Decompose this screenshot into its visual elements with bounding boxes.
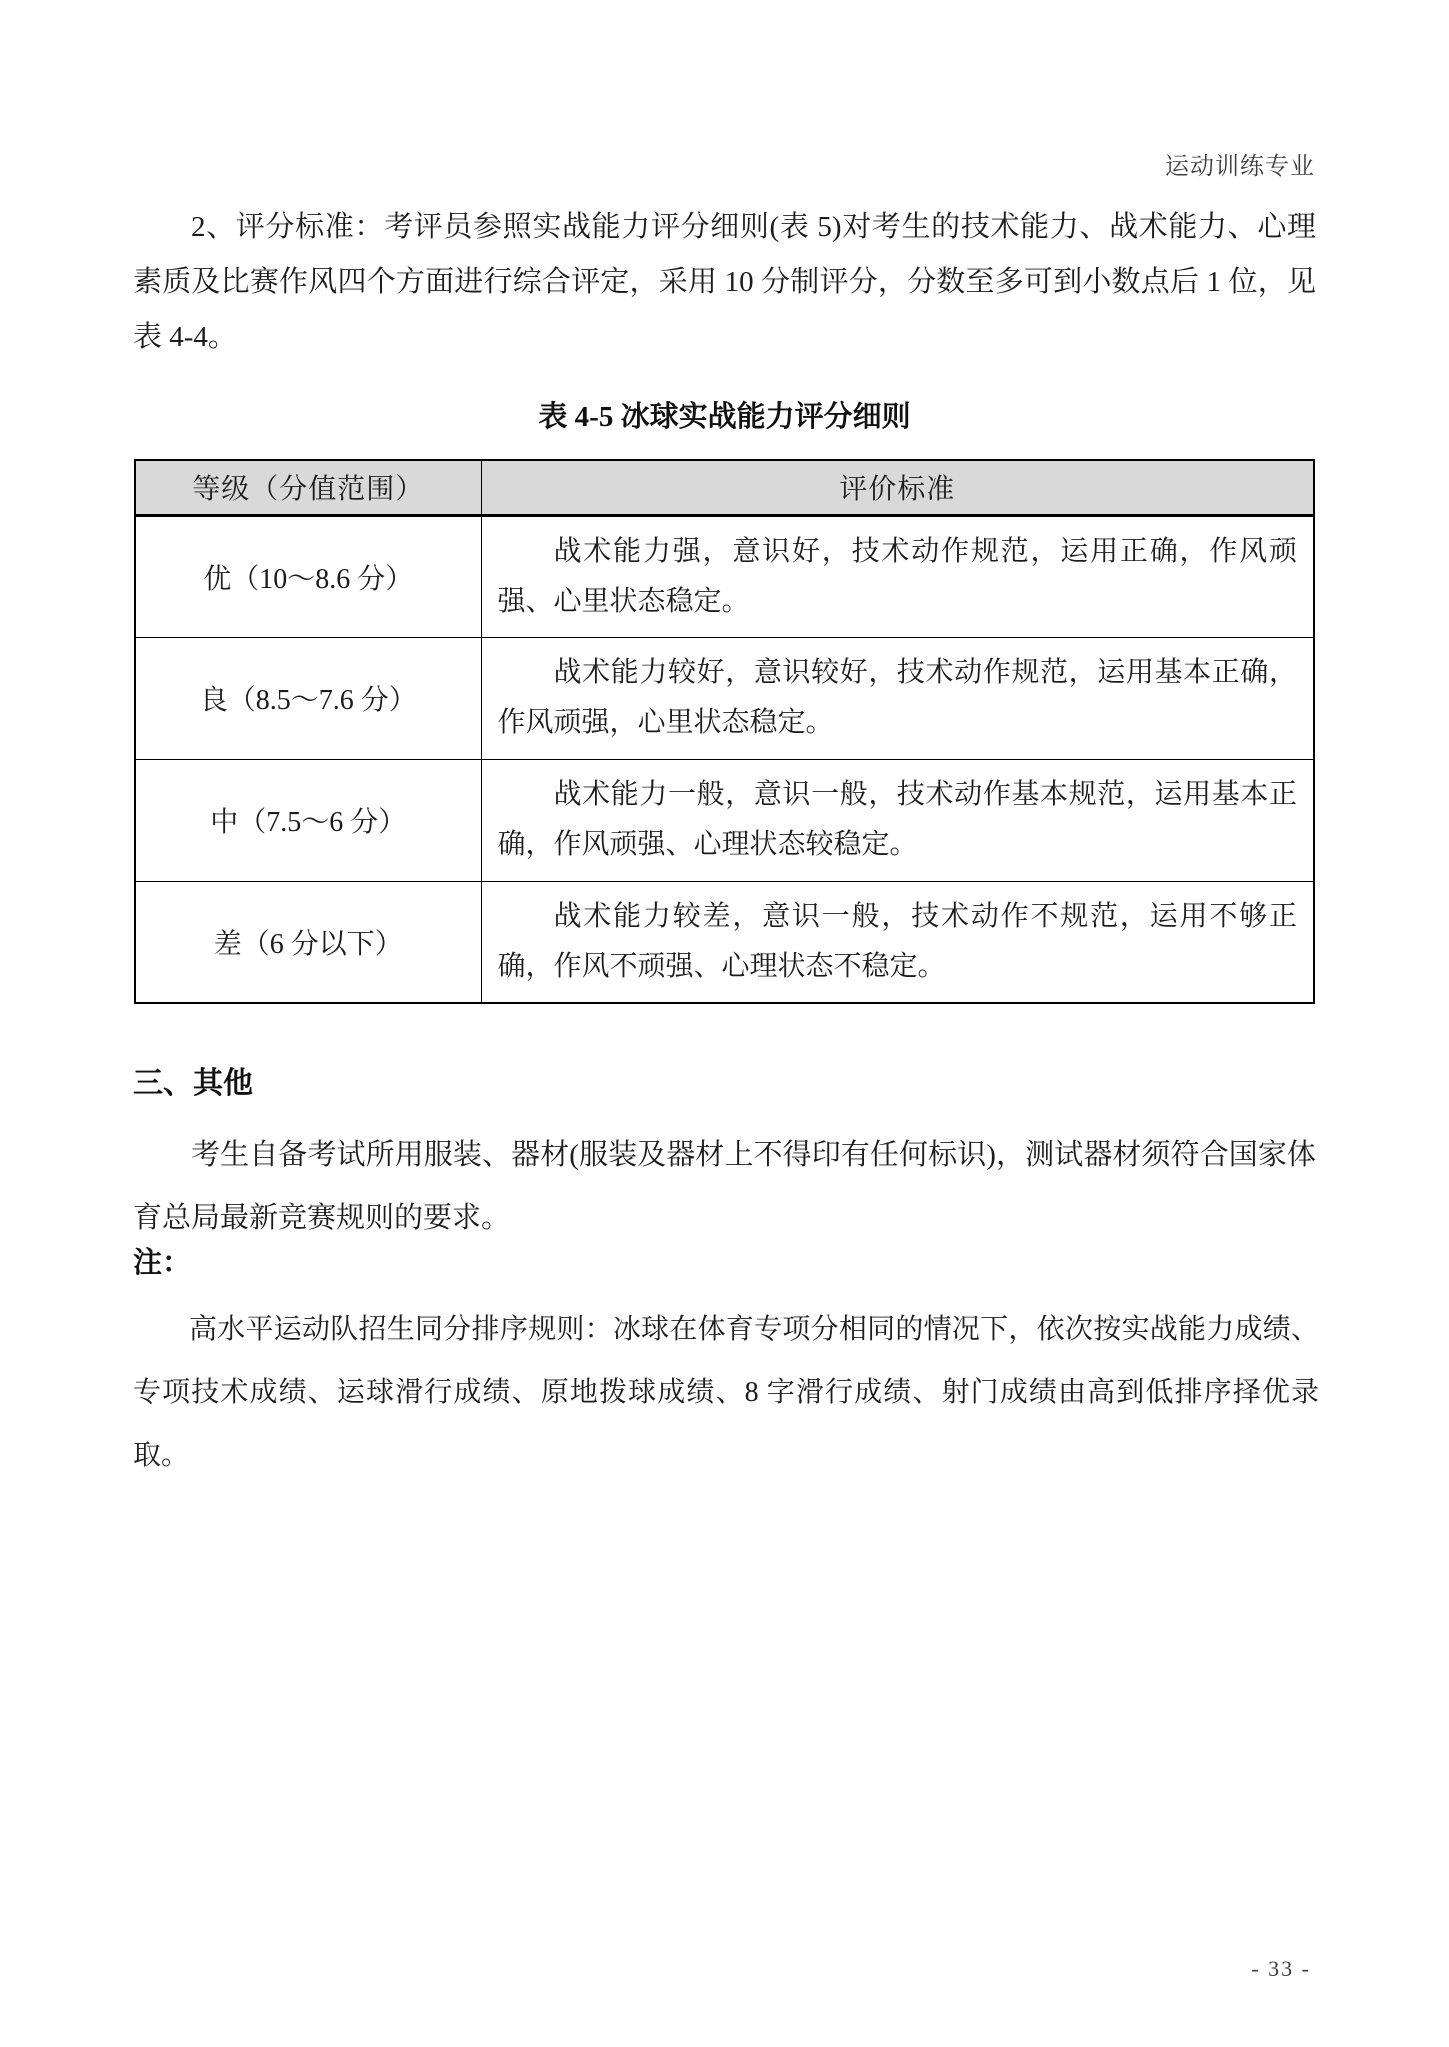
criteria-cell: 战术能力一般，意识一般，技术动作基本规范，运用基本正确，作风顽强、心理状态较稳定… xyxy=(481,759,1314,881)
document-page: 运动训练专业 2、评分标准：考评员参照实战能力评分细则(表 5)对考生的技术能力… xyxy=(0,0,1449,2047)
header-criteria: 评价标准 xyxy=(481,460,1314,515)
criteria-cell: 战术能力强，意识好，技术动作规范，运用正确，作风顽强、心里状态稳定。 xyxy=(481,515,1314,637)
criteria-cell: 战术能力较好，意识较好，技术动作规范，运用基本正确，作风顽强，心里状态稳定。 xyxy=(481,637,1314,759)
table-header-row: 等级（分值范围） 评价标准 xyxy=(135,460,1314,515)
table-caption: 表 4-5 冰球实战能力评分细则 xyxy=(133,394,1316,435)
scoring-table: 等级（分值范围） 评价标准 优（10～8.6 分） 战术能力强，意识好，技术动作… xyxy=(134,459,1315,1004)
table-row: 中（7.5～6 分） 战术能力一般，意识一般，技术动作基本规范，运用基本正确，作… xyxy=(135,759,1314,881)
other-section-paragraph: 考生自备考试所用服装、器材(服装及器材上不得印有任何标识)，测试器材须符合国家体… xyxy=(133,1124,1316,1250)
table-row: 优（10～8.6 分） 战术能力强，意识好，技术动作规范，运用正确，作风顽强、心… xyxy=(135,515,1314,637)
intro-paragraph: 2、评分标准：考评员参照实战能力评分细则(表 5)对考生的技术能力、战术能力、心… xyxy=(133,200,1316,365)
section-heading-other: 三、其他 xyxy=(133,1058,253,1102)
grade-cell: 优（10～8.6 分） xyxy=(135,515,481,637)
page-header-text: 运动训练专业 xyxy=(1165,146,1315,181)
grade-cell: 中（7.5～6 分） xyxy=(135,759,481,881)
grade-cell: 良（8.5～7.6 分） xyxy=(135,637,481,759)
header-grade: 等级（分值范围） xyxy=(135,460,481,515)
criteria-cell: 战术能力较差，意识一般，技术动作不规范，运用不够正确，作风不顽强、心理状态不稳定… xyxy=(481,881,1314,1003)
page-number: - 33 - xyxy=(1251,1956,1311,1982)
grade-cell: 差（6 分以下） xyxy=(135,881,481,1003)
table-row: 差（6 分以下） 战术能力较差，意识一般，技术动作不规范，运用不够正确，作风不顽… xyxy=(135,881,1314,1003)
note-paragraph: 高水平运动队招生同分排序规则：冰球在体育专项分相同的情况下，依次按实战能力成绩、… xyxy=(133,1298,1319,1487)
table-row: 良（8.5～7.6 分） 战术能力较好，意识较好，技术动作规范，运用基本正确，作… xyxy=(135,637,1314,759)
note-label: 注： xyxy=(133,1240,191,1281)
